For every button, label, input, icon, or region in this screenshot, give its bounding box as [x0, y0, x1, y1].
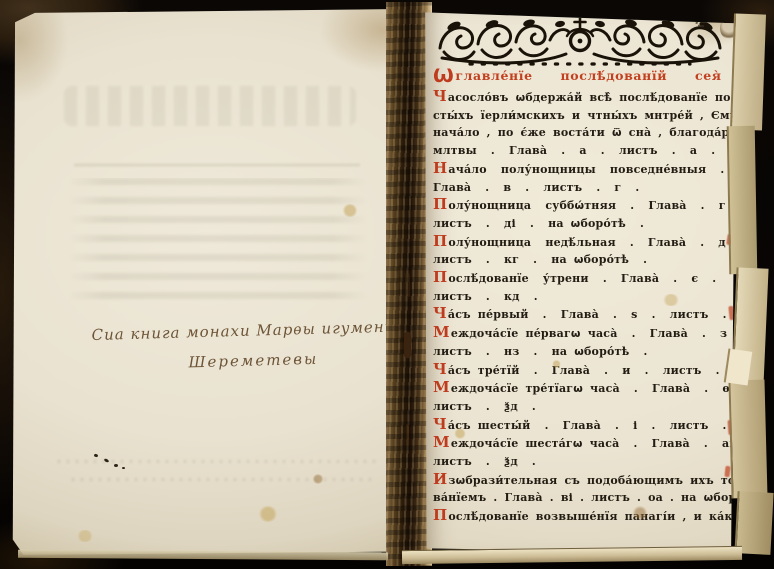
toc-line: нача́ло , по є́же воста́ти ѿ сна̀ , благ…: [433, 124, 734, 142]
toc-line: Послѣ́дованїе у́трени . Глава̀ . є .: [433, 269, 734, 288]
red-initial: Н: [433, 159, 447, 177]
toc-line: Нача́ло полу́нощницы повседне́вныя .: [433, 160, 734, 179]
foxing-stain: [76, 530, 94, 542]
right-page: Ѡглавле́нїе послѣ́дованїй сея̀ кни́ги на…: [424, 8, 738, 556]
ink-speck: [104, 458, 110, 463]
toc-line: Глава̀ . в . листъ . г .: [433, 179, 734, 197]
toc-line: листъ . кг . на ѡборо́тѣ .: [433, 251, 734, 269]
table-of-contents: Ѡглавле́нїе послѣ́дованїй сея̀ кни́ги на…: [433, 68, 734, 526]
toc-line: Изѡбрази́тельная съ подоба́ющимъ ихъ тол…: [433, 471, 734, 490]
red-initial: М: [433, 433, 450, 451]
red-initial: М: [433, 378, 450, 396]
toc-line: листъ . ѯд .: [433, 453, 734, 471]
toc-line: листъ . нз . на ѡборо́тѣ .: [433, 343, 734, 361]
toc-title-initial: Ѡ: [433, 65, 454, 87]
left-page: Сиа книга монахи Марѳы игумены Шереметев…: [12, 8, 394, 556]
ink-speck: [122, 467, 125, 469]
foxing-stain: [258, 506, 278, 522]
toc-line: Ча́съ пе́рвый . Глава̀ . ѕ . листъ . нд …: [433, 305, 734, 324]
toc-line: сты́хъ їерли́мскихъ и чтны́хъ мнтре́й , …: [433, 107, 734, 125]
binding-crack: [404, 332, 411, 358]
showthrough-text: [68, 178, 368, 306]
toc-title: Ѡглавле́нїе послѣ́дованїй сея̀ кни́ги на: [433, 68, 734, 83]
toc-line: Ча́съ тре́тїй . Глава̀ . и . листъ . ѯ .: [433, 361, 734, 380]
red-initial: П: [433, 506, 447, 524]
toc-line: Полу́нощница недѣ́льная . Глава̀ . д .: [433, 233, 734, 252]
woodcut-foliate-headpiece-with-cross-icon: [430, 14, 730, 68]
red-initial: Ч: [433, 415, 447, 433]
toc-line: листъ . кд .: [433, 288, 734, 306]
foxing-stain: [342, 204, 358, 217]
toc-line: ва́нїемъ . Глава̀ . ві . листъ . оа . на…: [433, 489, 734, 507]
toc-line: Междоча́сїе шеста́гѡ часа̀ . Глава̀ . аі…: [433, 434, 734, 453]
toc-line: Ча́съ шесты́й . Глава̀ . і . листъ . ѯѕ …: [433, 416, 734, 435]
toc-line: листъ . ѯд .: [433, 398, 734, 416]
torn-page-chip: [724, 348, 752, 385]
red-initial: М: [433, 323, 450, 341]
page-edge: [730, 13, 766, 130]
toc-line: Междоча́сїе пе́рвагѡ часа̀ . Глава̀ . з …: [433, 324, 734, 343]
toc-line: листъ . ді . на ѡборо́тѣ .: [433, 215, 734, 233]
toc-lines: Часосло́въ ѡбдержа́й всѣ̀ послѣ́дованїе …: [433, 88, 734, 526]
red-initial: П: [433, 232, 447, 250]
foxing-stain: [312, 474, 324, 484]
red-initial: П: [433, 268, 447, 286]
toc-line: Часосло́въ ѡбдержа́й всѣ̀ послѣ́дованїе …: [433, 88, 734, 107]
toc-line: Полу́нощница суббѡ́тняя . Глава̀ . г .: [433, 196, 734, 215]
handwritten-ownership-inscription: Сиа книга монахи Марѳы игумены Шереметев…: [91, 312, 383, 380]
red-initial: Ч: [433, 87, 447, 105]
binding-gutter: [386, 2, 432, 566]
toc-line: млтвы . Глава̀ . а . листъ . а .: [433, 142, 734, 160]
page-edge: [728, 380, 767, 499]
red-initial: Ч: [433, 360, 447, 378]
showthrough-ornament: [64, 86, 356, 126]
ink-speck: [94, 453, 99, 457]
inscription-line-2: Шереметевы: [188, 342, 383, 377]
red-initial: П: [433, 195, 447, 213]
red-initial: И: [433, 470, 447, 488]
ink-speck: [114, 464, 118, 467]
toc-line: Послѣ́дованїе возвыше́нїя панагі́и , и к…: [433, 507, 734, 526]
toc-line: Междоча́сїе тре́тїагѡ часа̀ . Глава̀ . ѳ…: [433, 379, 734, 398]
page-edge: [727, 126, 758, 274]
fore-edge-stack: [724, 10, 774, 562]
showthrough-rule: [74, 164, 360, 166]
showthrough-dotted-line: [72, 478, 372, 481]
red-initial: Ч: [433, 304, 447, 322]
